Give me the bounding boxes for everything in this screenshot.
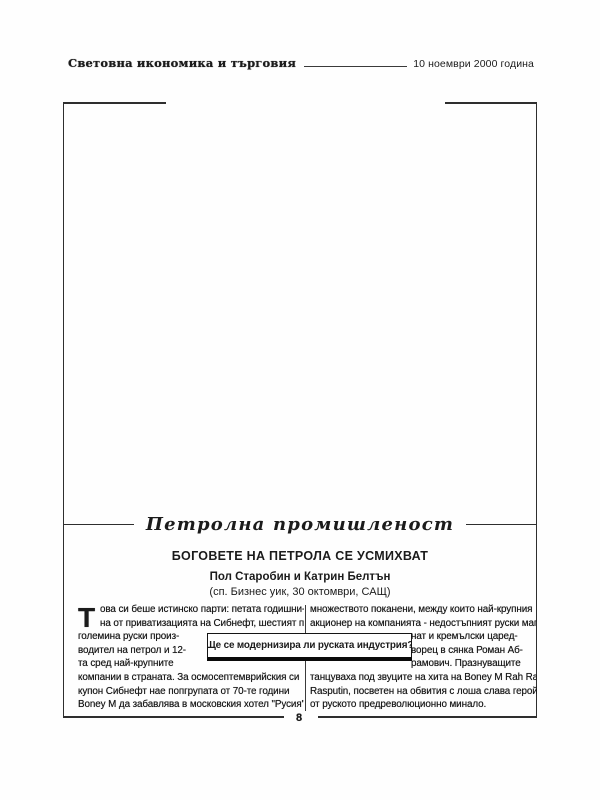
body-line: компании в страната. За осмосептемврийск… xyxy=(78,671,304,685)
scanned-newspaper-page: Световна икономика и търговия 10 ноември… xyxy=(0,0,600,800)
frame-top-left-segment xyxy=(63,102,166,104)
frame-top-right-segment xyxy=(445,102,537,104)
page-number: 8 xyxy=(287,712,311,724)
rubric-rule-left xyxy=(64,524,134,526)
body-line: рамович. Празнуващите xyxy=(411,657,537,671)
body-line: ворец в сянка Роман Аб- xyxy=(411,644,537,658)
section-title: Петролна промишленост xyxy=(134,514,466,535)
header-rule xyxy=(304,66,407,67)
frame-bottom-right-segment xyxy=(318,716,537,718)
issue-date: 10 ноември 2000 година xyxy=(413,58,534,70)
body-line: от руското предреволюционно минало. xyxy=(310,698,537,712)
body-line: Boney M да забавлява в московския хотел … xyxy=(78,698,304,712)
frame-bottom-left-segment xyxy=(63,716,284,718)
inline-question-box: Ще се модернизира ли руската индустрия? xyxy=(207,633,412,661)
body-line: акционер на компанията - недостъпният ру… xyxy=(310,617,537,631)
body-line: танцуваха под звуците на хита на Boney M… xyxy=(310,671,537,685)
body-line: нат и кремълски царед- xyxy=(411,630,537,644)
page-header: Световна икономика и търговия 10 ноември… xyxy=(68,56,534,70)
body-line: ова си беше истинско парти: петата годиш… xyxy=(78,603,304,617)
article-byline: Пол Старобин и Катрин Белтън xyxy=(64,571,536,583)
body-line: множеството поканени, между които най-кр… xyxy=(310,603,537,617)
section-rubric: Петролна промишленост xyxy=(64,514,536,535)
rubric-rule-right xyxy=(466,524,536,526)
body-line: купон Сибнефт нае попгрупата от 70-те го… xyxy=(78,685,304,699)
article-source: (сп. Бизнес уик, 30 октомври, САЩ) xyxy=(64,586,536,598)
publication-title: Световна икономика и търговия xyxy=(68,56,296,70)
body-line: на от приватизацията на Сибнефт, шестият… xyxy=(78,617,304,631)
article-frame: Петролна промишленост БОГОВЕТЕ НА ПЕТРОЛ… xyxy=(63,102,537,718)
body-line: Rasputin, посветен на обвития с лоша сла… xyxy=(310,685,537,699)
article-headline: БОГОВЕТЕ НА ПЕТРОЛА СЕ УСМИХВАТ xyxy=(64,549,536,563)
